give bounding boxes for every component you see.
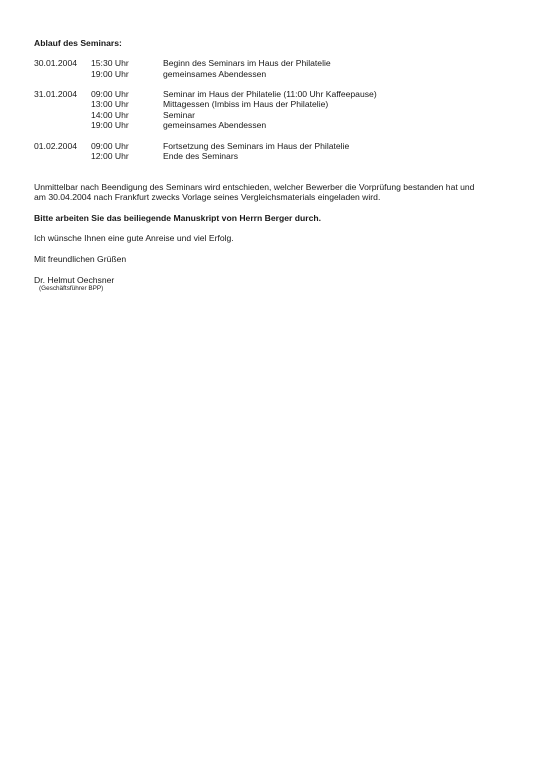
entry-date-empty	[34, 110, 91, 120]
entry-description: Mittagessen (Imbiss im Haus der Philatel…	[163, 99, 514, 109]
schedule-day: 30.01.2004 15:30 Uhr Beginn des Seminars…	[34, 58, 514, 79]
decision-line-1: Unmittelbar nach Beendigung des Seminars…	[34, 182, 474, 192]
schedule-day: 31.01.2004 09:00 Uhr Seminar im Haus der…	[34, 89, 514, 130]
entry-description: Ende des Seminars	[163, 151, 514, 161]
wishes-paragraph: Ich wünsche Ihnen eine gute Anreise und …	[34, 233, 514, 243]
entry-time: 12:00 Uhr	[91, 151, 163, 161]
decision-line-2: am 30.04.2004 nach Frankfurt zwecks Vorl…	[34, 192, 380, 202]
entry-date-empty	[34, 69, 91, 79]
entry-time: 14:00 Uhr	[91, 110, 163, 120]
entry-date-empty	[34, 151, 91, 161]
entry-description: gemeinsames Abendessen	[163, 120, 514, 130]
schedule-entry: 19:00 Uhr gemeinsames Abendessen	[34, 69, 514, 79]
entry-description: Beginn des Seminars im Haus der Philatel…	[163, 58, 514, 68]
schedule-entry: 30.01.2004 15:30 Uhr Beginn des Seminars…	[34, 58, 514, 68]
schedule-heading: Ablauf des Seminars:	[34, 38, 514, 48]
entry-date-empty	[34, 120, 91, 130]
document-page: Ablauf des Seminars: 30.01.2004 15:30 Uh…	[34, 38, 514, 293]
entry-description: Fortsetzung des Seminars im Haus der Phi…	[163, 141, 514, 151]
entry-time: 09:00 Uhr	[91, 89, 163, 99]
seminar-schedule: 30.01.2004 15:30 Uhr Beginn des Seminars…	[34, 58, 514, 161]
manuscript-instruction: Bitte arbeiten Sie das beiliegende Manus…	[34, 213, 514, 223]
entry-description: Seminar	[163, 110, 514, 120]
entry-description: Seminar im Haus der Philatelie (11:00 Uh…	[163, 89, 514, 99]
signature-name: Dr. Helmut Oechsner	[34, 275, 514, 285]
closing-salutation: Mit freundlichen Grüßen	[34, 254, 514, 264]
entry-date: 30.01.2004	[34, 58, 91, 68]
schedule-entry: 13:00 Uhr Mittagessen (Imbiss im Haus de…	[34, 99, 514, 109]
schedule-entry: 19:00 Uhr gemeinsames Abendessen	[34, 120, 514, 130]
entry-date-empty	[34, 99, 91, 109]
entry-time: 09:00 Uhr	[91, 141, 163, 151]
schedule-entry: 12:00 Uhr Ende des Seminars	[34, 151, 514, 161]
spacer	[34, 172, 514, 182]
decision-paragraph: Unmittelbar nach Beendigung des Seminars…	[34, 182, 514, 203]
schedule-entry: 31.01.2004 09:00 Uhr Seminar im Haus der…	[34, 89, 514, 99]
schedule-entry: 14:00 Uhr Seminar	[34, 110, 514, 120]
entry-time: 19:00 Uhr	[91, 120, 163, 130]
entry-time: 19:00 Uhr	[91, 69, 163, 79]
entry-description: gemeinsames Abendessen	[163, 69, 514, 79]
entry-time: 13:00 Uhr	[91, 99, 163, 109]
schedule-day: 01.02.2004 09:00 Uhr Fortsetzung des Sem…	[34, 141, 514, 162]
entry-time: 15:30 Uhr	[91, 58, 163, 68]
signature-role: (Geschäftsführer BPP)	[39, 285, 514, 293]
entry-date: 01.02.2004	[34, 141, 91, 151]
entry-date: 31.01.2004	[34, 89, 91, 99]
schedule-entry: 01.02.2004 09:00 Uhr Fortsetzung des Sem…	[34, 141, 514, 151]
